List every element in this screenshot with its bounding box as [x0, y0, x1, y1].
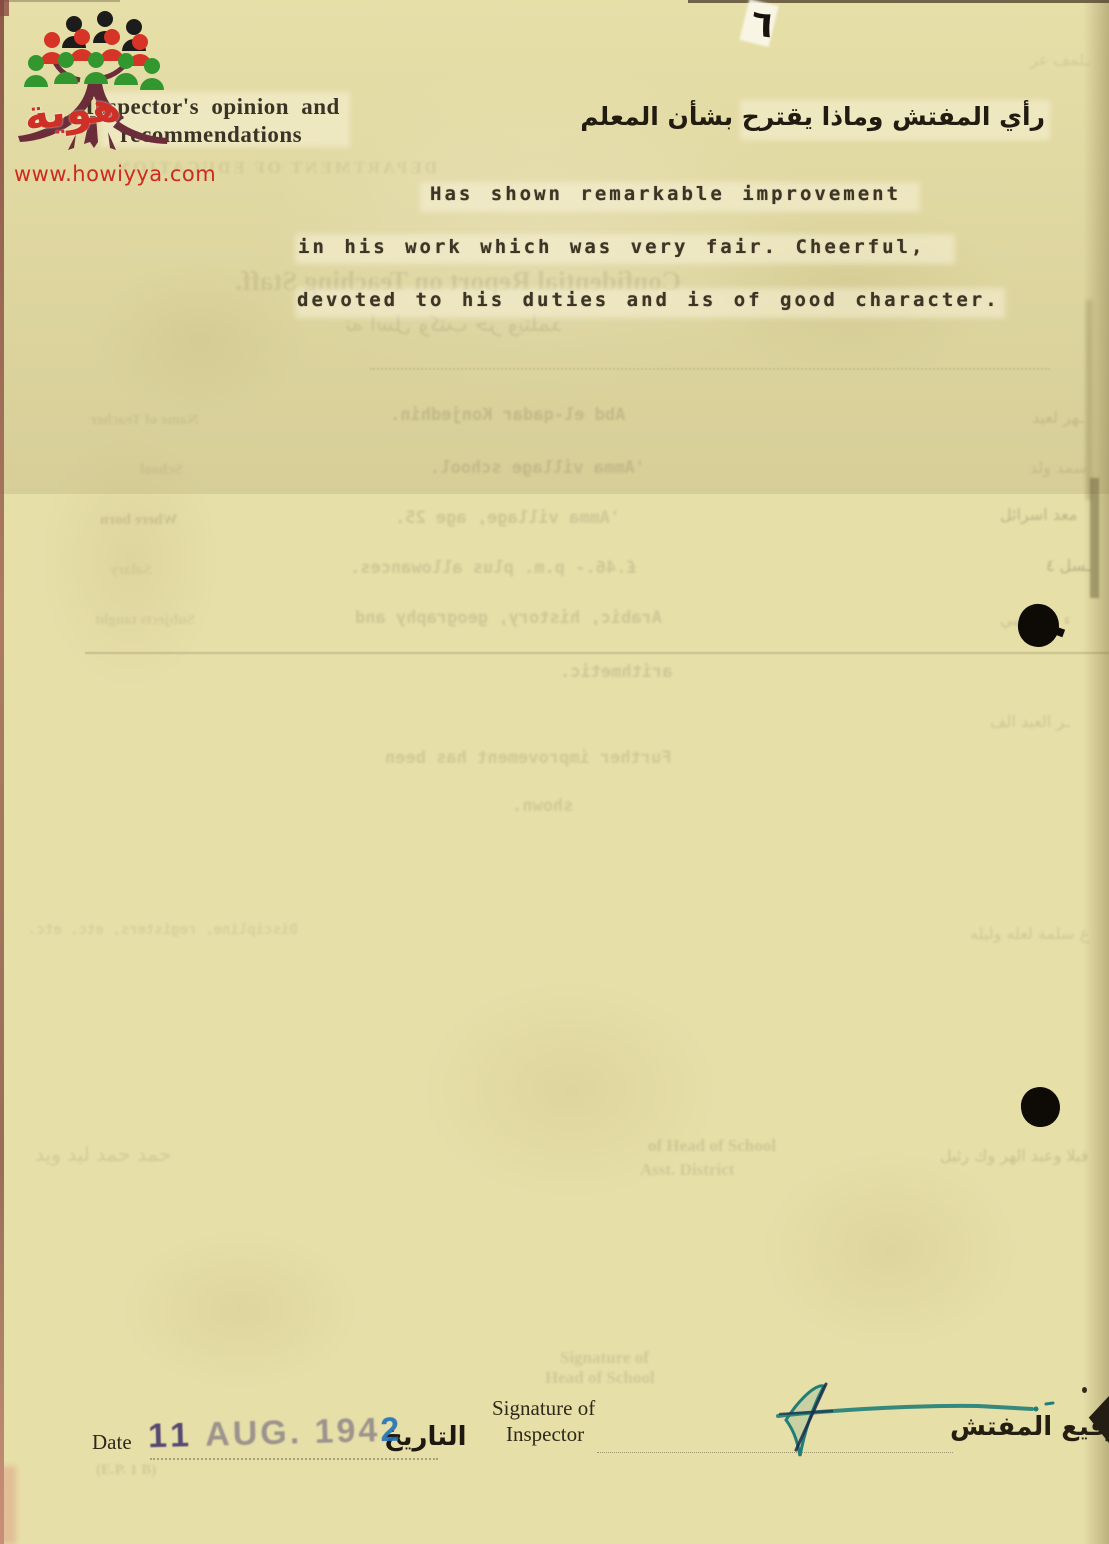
bleedthrough-arabic-mark: ـر العبد الف	[990, 712, 1070, 731]
bleedthrough-line: £.46.- p.m. plus allowances.	[350, 558, 637, 578]
bleedthrough-line: Where born	[100, 512, 178, 529]
bleedthrough-arabic-mark: سمد ولد	[1030, 458, 1087, 477]
scan-artifact-corner	[0, 1466, 16, 1544]
bleedthrough-line: Asst. District	[640, 1160, 734, 1180]
arabic-calligraphy-overlay: هوية	[22, 81, 123, 140]
hole-punch-bottom	[1019, 1085, 1062, 1129]
bleedthrough-line: Further improvement has been	[385, 748, 672, 768]
faint-divider-line	[85, 652, 1109, 654]
opinion-line-1: Has shown remarkable improvement	[430, 183, 901, 205]
paper-stain	[120, 1230, 360, 1390]
date-stamp: 11 AUG. 1942	[148, 1411, 400, 1457]
opinion-line-3: devoted to his duties and is of good cha…	[297, 289, 1000, 311]
paper-stain	[40, 430, 220, 690]
bleedthrough-arabic-mark: فيلا وعبد الهر وك رئيل	[940, 1146, 1088, 1165]
bleedthrough-arabic-mark: ع سلمة لعله وليله	[970, 924, 1089, 943]
bleedthrough-arabic-mark: حمد حمد ليد ويد	[35, 1142, 171, 1166]
date-stamp-day: 11	[148, 1416, 195, 1455]
bleedthrough-line: shown.	[512, 796, 573, 816]
bleedthrough-line: School	[140, 462, 183, 479]
bleedthrough-line: Salary	[110, 562, 152, 579]
bleedthrough-line: Subjects taught	[95, 612, 195, 629]
paper-stain	[760, 1150, 1020, 1350]
signature-label-line2: Inspector	[506, 1422, 584, 1447]
opinion-line-2: in his work which was very fair. Cheerfu…	[298, 236, 925, 258]
bleedthrough-line: Head of School	[545, 1368, 655, 1388]
scan-edge-right	[1083, 0, 1109, 1544]
hole-punch-top	[1015, 601, 1062, 650]
scan-artifact-dot	[1082, 1387, 1087, 1393]
bleedthrough-line: 'Amma village, age 25.	[395, 508, 620, 528]
scan-edge-top	[0, 0, 120, 2]
howiyya-watermark-logo: هوية www.howiyya.com	[8, 4, 186, 194]
bleedthrough-line: Signature of	[560, 1348, 649, 1368]
watermark-url: www.howiyya.com	[14, 162, 216, 186]
date-stamp-month-year: AUG. 194	[193, 1411, 380, 1454]
date-stamp-final-digit: 2	[380, 1411, 400, 1449]
bleedthrough-line: 'Amma village school.	[430, 458, 645, 478]
bleedthrough-rule	[370, 368, 1050, 370]
signature-label-line1: Signature of	[492, 1396, 595, 1421]
scan-edge-left	[0, 0, 4, 1544]
bleedthrough-line: Arabic, history, geography and	[355, 608, 662, 628]
bleedthrough-arabic-mark: معد اسرائل	[1000, 505, 1077, 524]
bleedthrough-line: of Head of School	[648, 1136, 776, 1156]
section-title-ar: رأي المفتش وماذا يقترح بشأن المعلم	[580, 102, 1045, 131]
bleedthrough-line: Discipline, registers, etc. etc.	[28, 922, 298, 938]
scan-streak	[1090, 478, 1099, 598]
bleedthrough-arabic-mark: ـلمف عر	[1030, 50, 1089, 69]
bleedthrough-arabic-mark: ـسل ٤	[1046, 556, 1091, 575]
bleedthrough-arabic-mark: ـهر لعيد	[1032, 408, 1084, 427]
scanned-report-page: { "document": { "page_mark": "٦", "water…	[0, 0, 1109, 1544]
bleedthrough-line: arithmetic.	[560, 662, 673, 682]
bleedthrough-line: (E.P. 1 B)	[96, 1462, 156, 1479]
bleedthrough-line: Abd el-qadar Konjedhin.	[390, 405, 625, 425]
date-label-en: Date	[92, 1430, 132, 1455]
inspector-signature	[760, 1378, 1060, 1473]
date-dotted-line	[150, 1458, 438, 1460]
bleedthrough-line: Name of Teacher	[90, 412, 198, 429]
